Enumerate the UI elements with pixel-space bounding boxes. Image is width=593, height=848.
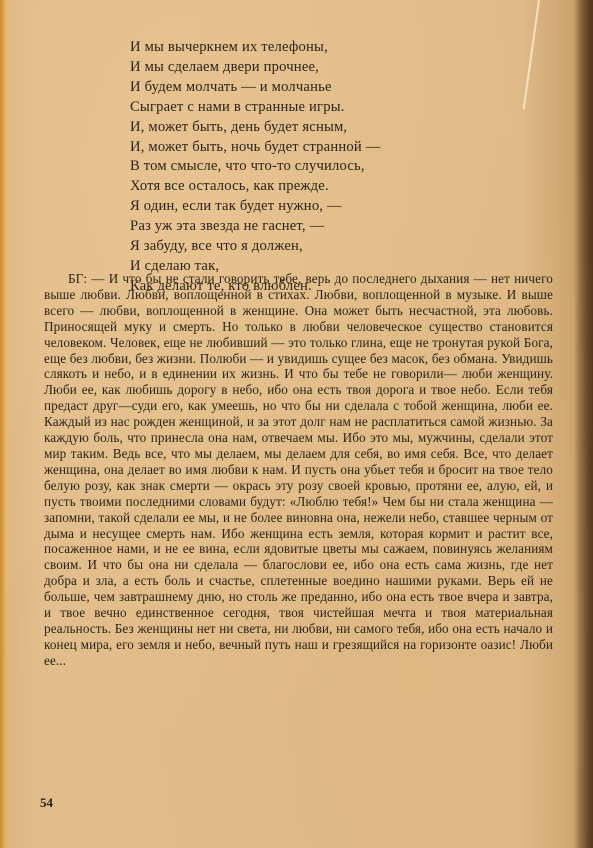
- poem-line: Раз уж эта звезда не гаснет, —: [130, 217, 380, 237]
- poem-stanza: И мы вычеркнем их телефоны, И мы сделаем…: [130, 38, 380, 297]
- book-page: И мы вычеркнем их телефоны, И мы сделаем…: [0, 0, 593, 848]
- poem-line: Сыграет с нами в странные игры.: [130, 98, 380, 118]
- page-spine-shadow: [573, 0, 593, 848]
- speaker-label: БГ:: [68, 271, 87, 286]
- poem-line: И будем молчать — и молчанье: [130, 78, 380, 98]
- poem-line: Хотя все осталось, как прежде.: [130, 177, 380, 197]
- poem-line: Я один, если так будет нужно, —: [130, 197, 380, 217]
- page-left-edge: [0, 0, 6, 848]
- poem-line: В том смысле, что что-то случилось,: [130, 157, 380, 177]
- page-number: 54: [40, 795, 53, 811]
- prose-paragraph: БГ: — И что бы не стали говорить тебе, в…: [44, 271, 553, 669]
- poem-line: И мы сделаем двери прочнее,: [130, 58, 380, 78]
- poem-line: И мы вычеркнем их телефоны,: [130, 38, 380, 58]
- paragraph-text: — И что бы не стали говорить тебе, верь …: [44, 271, 553, 668]
- poem-line: Я забуду, все что я должен,: [130, 237, 380, 257]
- poem-line: И, может быть, ночь будет странной —: [130, 138, 380, 158]
- poem-line: И, может быть, день будет ясным,: [130, 118, 380, 138]
- paper-crease: [523, 0, 540, 109]
